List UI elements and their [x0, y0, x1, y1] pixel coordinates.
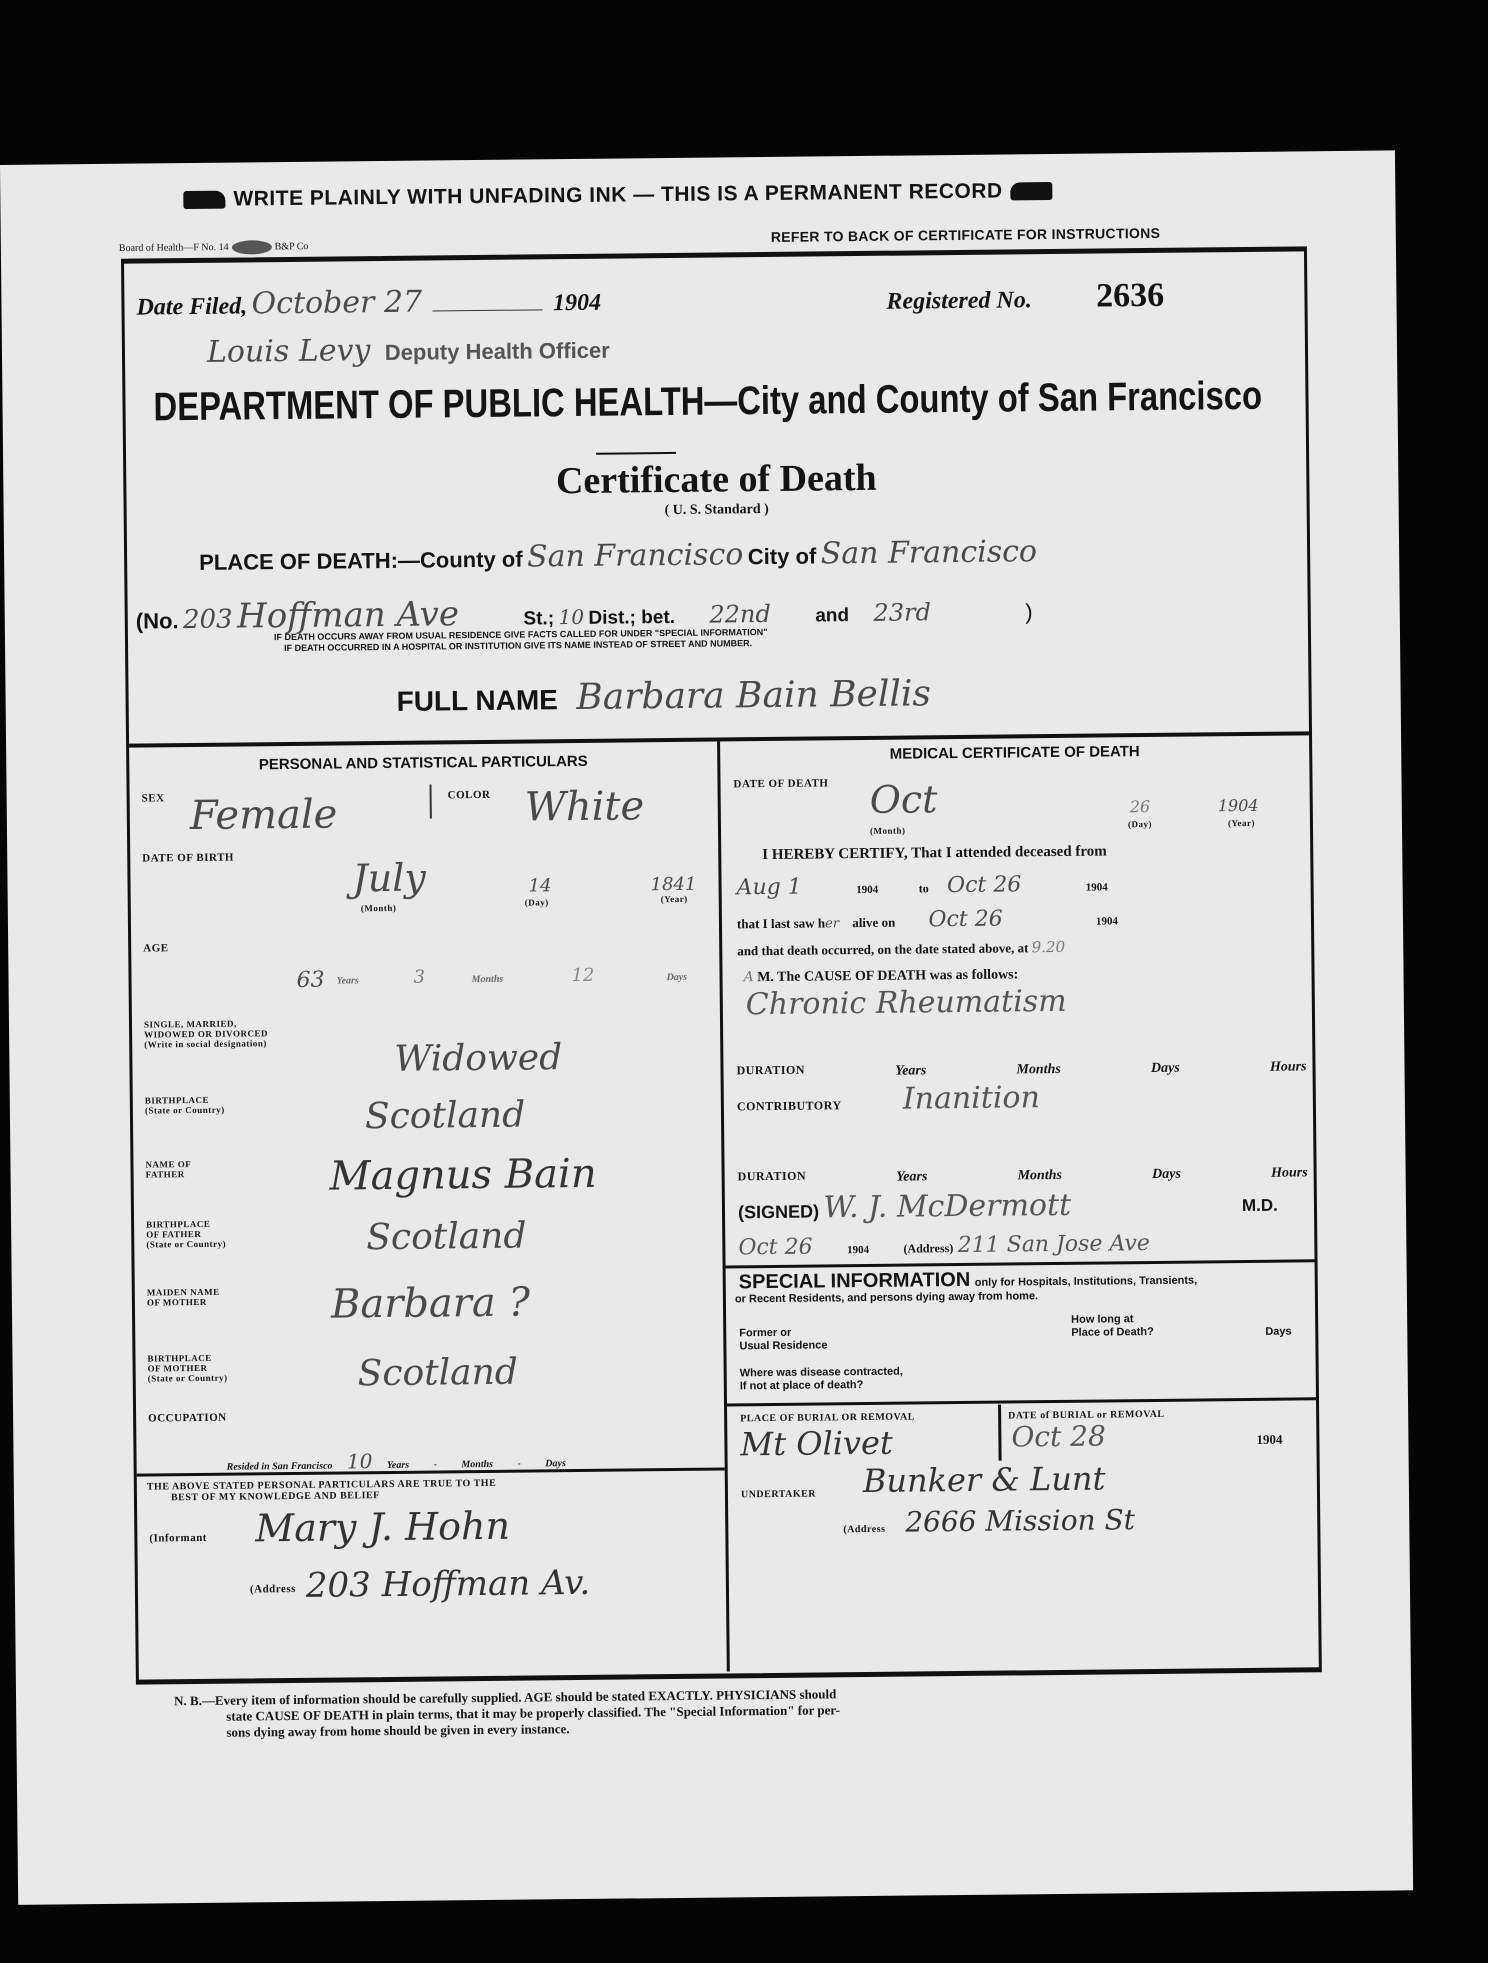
- registered-number: 2636: [1096, 277, 1164, 315]
- meridiem: A: [743, 969, 753, 985]
- color-label: COLOR: [448, 790, 491, 801]
- age-years-caption: Years: [337, 975, 359, 986]
- sex-value: Female: [190, 792, 338, 840]
- registered-row: Registered No. 2636: [886, 277, 1164, 318]
- duration-row-1: DURATION Years Months Days Hours: [736, 1059, 1306, 1081]
- physician-signature: W. J. McDermott: [823, 1188, 1071, 1226]
- age-years: 63: [296, 968, 324, 993]
- burial-place-value: Mt Olivet: [740, 1424, 893, 1464]
- no-label: (No.: [136, 608, 179, 633]
- burial-place-label: PLACE OF BURIAL OR REMOVAL: [740, 1411, 915, 1424]
- father-label: NAME OF FATHER: [145, 1159, 191, 1179]
- place-of-death-row: PLACE OF DEATH:—County of San Francisco …: [199, 534, 1037, 578]
- officer-title: Deputy Health Officer: [385, 338, 610, 365]
- registered-label: Registered No.: [886, 287, 1032, 315]
- dob-day-caption: (Day): [525, 897, 549, 908]
- dod-day: 26: [1130, 797, 1151, 816]
- burial-year: 1904: [1256, 1432, 1282, 1448]
- father-value: Magnus Bain: [329, 1151, 596, 1200]
- undertaker-address: 2666 Mission St: [905, 1503, 1135, 1538]
- city-value: San Francisco: [821, 534, 1038, 571]
- full-name-row: FULL NAME Barbara Bain Bellis: [396, 673, 931, 720]
- resided-years: 10: [347, 1449, 373, 1473]
- printer: B&P Co: [275, 241, 309, 252]
- mother-birthplace-value: Scotland: [357, 1352, 518, 1395]
- date-filed-year: 1904: [553, 290, 601, 317]
- union-seal-icon: [232, 240, 272, 254]
- signed-label: (SIGNED): [738, 1201, 819, 1222]
- officer-row: Louis Levy Deputy Health Officer: [207, 331, 610, 370]
- st-label: St.;: [523, 608, 554, 629]
- full-name-value: Barbara Bain Bellis: [576, 673, 931, 718]
- father-birthplace-value: Scotland: [366, 1216, 527, 1259]
- special-note: or Recent Residents, and persons dying a…: [735, 1290, 1038, 1305]
- undertaker-label: UNDERTAKER: [741, 1489, 816, 1501]
- dob-month-caption: (Month): [361, 903, 397, 914]
- district-value: 10: [558, 605, 584, 629]
- signed-row: (SIGNED) W. J. McDermott: [738, 1188, 1072, 1226]
- dob-month: July: [352, 856, 426, 901]
- resided-days: -: [517, 1459, 520, 1470]
- informant-address: 203 Hoffman Av.: [306, 1563, 591, 1606]
- warning-text: WRITE PLAINLY WITH UNFADING INK — THIS I…: [233, 180, 1002, 211]
- sex-label: SEX: [142, 793, 165, 804]
- certify-text: I HEREBY CERTIFY, That I attended deceas…: [762, 843, 1107, 864]
- city-label: City of: [748, 543, 817, 569]
- dod-month: Oct: [869, 777, 937, 822]
- officer-signature: Louis Levy: [207, 333, 371, 370]
- age-days: 12: [571, 965, 594, 986]
- between-street-1: 22nd: [709, 600, 771, 629]
- personal-heading: PERSONAL AND STATISTICAL PARTICULARS: [129, 752, 717, 775]
- contributory-value: Inanition: [903, 1080, 1040, 1116]
- informant-label: (Informant: [149, 1533, 207, 1545]
- pronoun: er: [825, 916, 839, 931]
- warning-banner: WRITE PLAINLY WITH UNFADING INK — THIS I…: [175, 179, 1060, 212]
- burial-date-value: Oct 28: [1011, 1419, 1106, 1453]
- informant-name: Mary J. Hohn: [255, 1504, 510, 1551]
- age-days-caption: Days: [666, 972, 687, 983]
- age-months-caption: Months: [471, 974, 503, 985]
- medical-heading: MEDICAL CERTIFICATE OF DEATH: [720, 741, 1309, 764]
- attestation: THE ABOVE STATED PERSONAL PARTICULARS AR…: [147, 1478, 497, 1504]
- county-value: San Francisco: [527, 537, 744, 574]
- full-name-label: FULL NAME: [396, 684, 558, 717]
- occurred-row: and that death occurred, on the date sta…: [737, 938, 1065, 959]
- resided-months: -: [433, 1459, 436, 1470]
- informant-address-label: (Address: [250, 1584, 296, 1595]
- former-residence-label: Former or Usual Residence: [739, 1326, 827, 1353]
- age-label: AGE: [143, 943, 168, 954]
- mother-label: MAIDEN NAME OF MOTHER: [147, 1287, 220, 1308]
- death-time: 9.20: [1032, 938, 1066, 956]
- nb-note: N. B.—Every item of information should b…: [174, 1686, 840, 1741]
- certificate-page: WRITE PLAINLY WITH UNFADING INK — THIS I…: [0, 150, 1413, 1905]
- days-label: Days: [1265, 1326, 1291, 1338]
- last-saw-date: Oct 26: [928, 907, 1002, 933]
- dod-year: 1904: [1218, 796, 1259, 815]
- street-number: 203: [183, 605, 233, 636]
- dob-year: 1841: [650, 874, 696, 895]
- how-long-label: How long at Place of Death?: [1071, 1313, 1154, 1340]
- date-filed-value: October 27: [251, 285, 422, 322]
- attended-to: Oct 26: [947, 872, 1021, 898]
- place-notes: IF DEATH OCCURS AWAY FROM USUAL RESIDENC…: [274, 627, 768, 654]
- certificate-frame: Date Filed, October 27 1904 Registered N…: [121, 246, 1322, 1684]
- date-filed-row: Date Filed, October 27 1904: [136, 283, 601, 323]
- form-number: Board of Health—F No. 14: [119, 242, 229, 254]
- dob-day: 14: [528, 875, 551, 896]
- duration-row-2: DURATION Years Months Days Hours: [738, 1165, 1308, 1187]
- father-birthplace-label: BIRTHPLACE OF FATHER (State or Country): [146, 1219, 226, 1250]
- date-filed-label: Date Filed,: [136, 293, 247, 320]
- signed-date-row: Oct 26 1904 (Address) 211 San Jose Ave: [738, 1231, 1150, 1260]
- birthplace-value: Scotland: [365, 1095, 526, 1138]
- signed-date: Oct 26: [738, 1235, 812, 1261]
- undertaker-value: Bunker & Lunt: [863, 1459, 1106, 1500]
- dod-label: DATE OF DEATH: [733, 778, 828, 790]
- dist-label: Dist.; bet.: [588, 607, 675, 629]
- cause-row: A M. The CAUSE OF DEATH was as follows:: [743, 966, 1018, 986]
- dob-label: DATE OF BIRTH: [142, 853, 234, 865]
- dob-year-caption: (Year): [661, 894, 688, 905]
- md-label: M.D.: [1242, 1196, 1278, 1216]
- instructions-note: REFER TO BACK OF CERTIFICATE FOR INSTRUC…: [771, 225, 1161, 245]
- occupation-label: OCCUPATION: [148, 1413, 227, 1425]
- contracted-label: Where was disease contracted, If not at …: [740, 1366, 903, 1394]
- mother-birthplace-label: BIRTHPLACE OF MOTHER (State or Country): [147, 1353, 227, 1384]
- undertaker-address-label: (Address: [843, 1524, 885, 1535]
- physician-address: 211 San Jose Ave: [958, 1231, 1150, 1258]
- marital-label: SINGLE, MARRIED, WIDOWED OR DIVORCED (Wr…: [144, 1018, 268, 1049]
- cause-of-death: Chronic Rheumatism: [746, 984, 1067, 1022]
- and-label: and: [815, 605, 849, 626]
- birthplace-label: BIRTHPLACE (State or Country): [145, 1095, 225, 1116]
- marital-value: Widowed: [394, 1037, 562, 1080]
- contributory-label: CONTRIBUTORY: [737, 1100, 842, 1112]
- department-heading: DEPARTMENT OF PUBLIC HEALTH—City and Cou…: [153, 374, 1262, 431]
- attended-row: Aug 1 1904 to Oct 26 1904: [736, 869, 1306, 900]
- pointing-hand-icon: [183, 191, 225, 209]
- board-line: Board of Health—F No. 14B&P Co: [119, 240, 309, 256]
- last-saw-row: that I last saw her alive on Oct 26 1904: [737, 905, 1118, 934]
- place-label: PLACE OF DEATH:—County of: [199, 547, 523, 575]
- mother-value: Barbara ?: [331, 1280, 530, 1328]
- pointing-hand-icon: [1011, 182, 1053, 200]
- between-street-2: 23rd: [873, 598, 931, 627]
- age-months: 3: [413, 967, 425, 988]
- color-value: White: [525, 783, 645, 830]
- attended-from: Aug 1: [736, 875, 801, 901]
